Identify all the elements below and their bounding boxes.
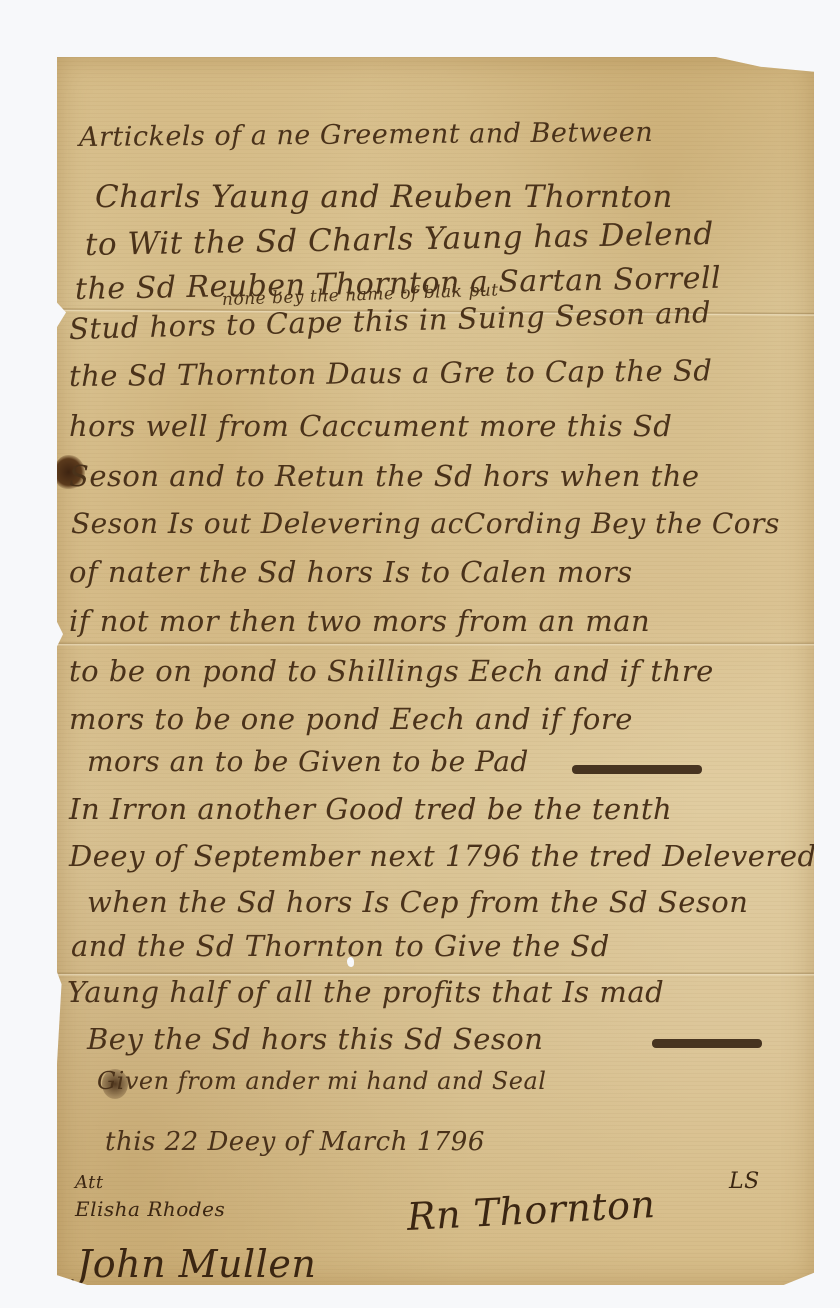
manuscript-line: and the Sd Thornton to Give the Sd — [71, 929, 610, 963]
witness-signature: John Mullen — [77, 1242, 316, 1286]
manuscript-line: Seson Is out Delevering acCording Bey th… — [71, 507, 780, 540]
manuscript-line: mors to be one pond Eech and if fore — [69, 702, 633, 736]
manuscript-line: the Sd Thornton Daus a Gre to Cap the Sd — [69, 353, 713, 393]
manuscript-line: Seson and to Retun the Sd hors when the — [69, 459, 700, 493]
manuscript-line: when the Sd hors Is Cep from the Sd Seso… — [87, 885, 748, 919]
manuscript-line: of nater the Sd hors Is to Calen mors — [69, 555, 633, 589]
manuscript-line: In Irron another Good tred be the tenth — [69, 792, 672, 826]
fold-line — [57, 642, 814, 646]
manuscript-line: Yaung half of all the profits that Is ma… — [67, 975, 664, 1009]
manuscript-line: hors well from Caccument more this Sd — [69, 409, 672, 443]
manuscript-line: Given from ander mi hand and Seal — [97, 1067, 546, 1095]
ink-strikethrough — [652, 1039, 762, 1048]
manuscript-line: Artickels of a ne Greement and Between — [79, 117, 653, 153]
attest-label: Att — [75, 1172, 104, 1193]
ink-strikethrough — [572, 765, 702, 774]
manuscript-line: Deey of September next 1796 the tred Del… — [69, 839, 817, 873]
manuscript-line: if not mor then two mors from an man — [69, 604, 650, 638]
witness-signature: Elisha Rhodes — [75, 1197, 225, 1221]
date-line: this 22 Deey of March 1796 — [105, 1127, 485, 1157]
ink-speck — [762, 1302, 770, 1308]
manuscript-line: Charls Yaung and Reuben Thornton — [95, 179, 673, 215]
seal-mark: LS — [729, 1169, 760, 1194]
manuscript-line: to be on pond to Shillings Eech and if t… — [69, 654, 714, 688]
manuscript-line: mors an to be Given to be Pad — [87, 745, 529, 778]
manuscript-line: Bey the Sd hors this Sd Seson — [87, 1022, 543, 1056]
manuscript-page: Artickels of a ne Greement and Between C… — [57, 57, 814, 1285]
